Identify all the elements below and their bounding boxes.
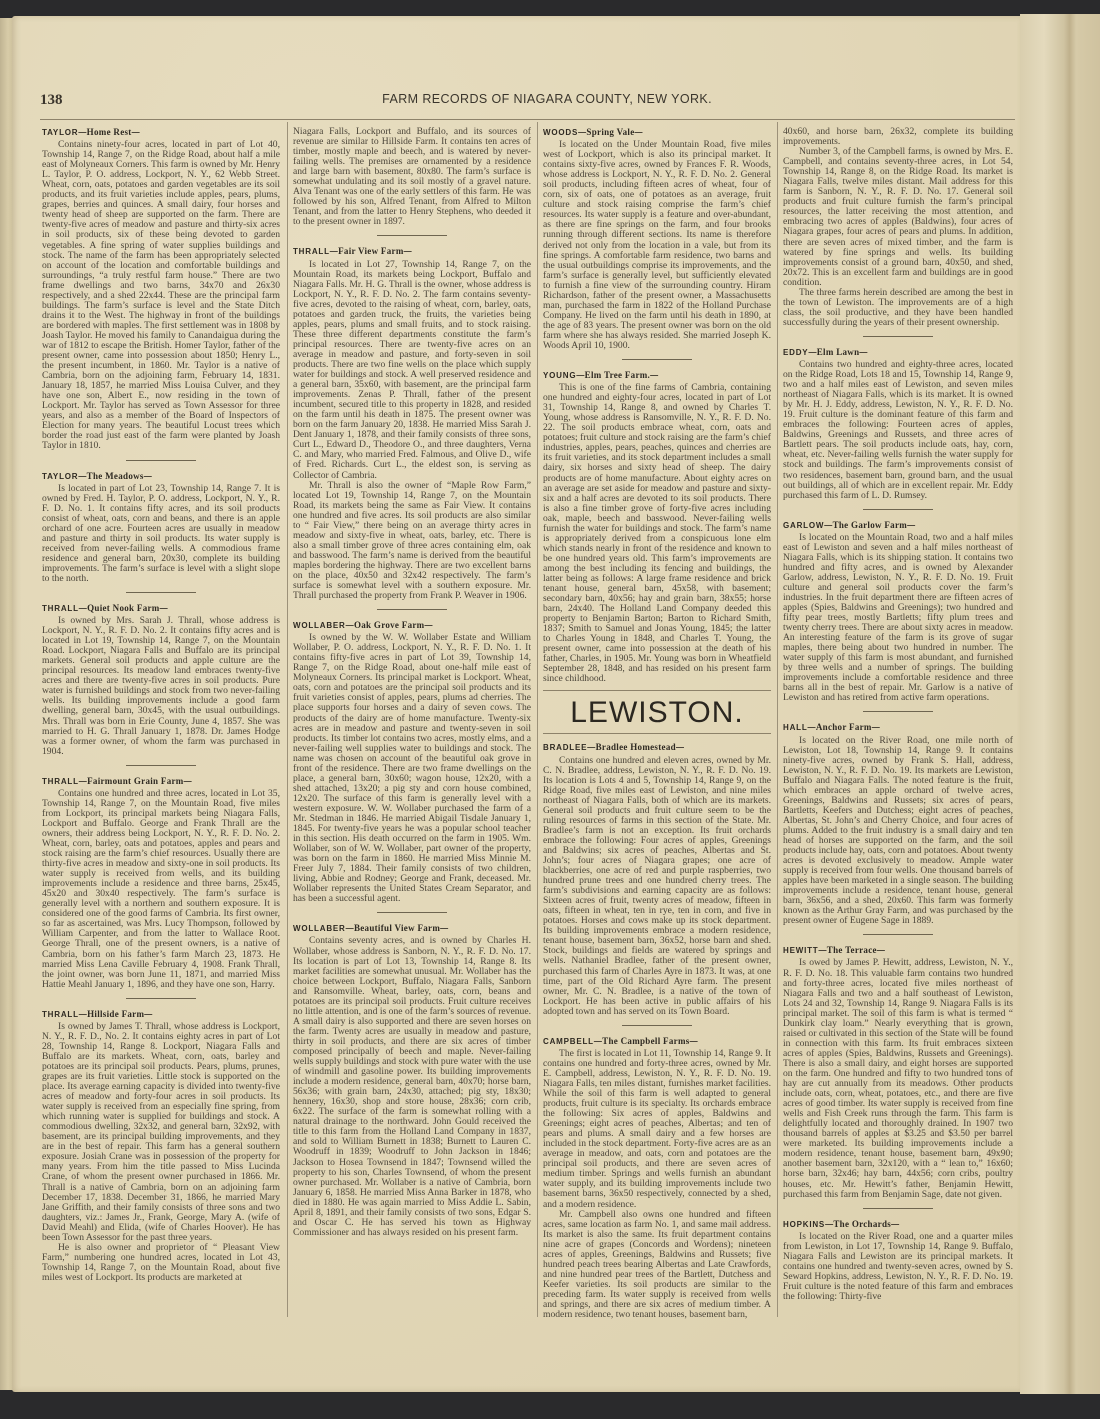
- section-separator: [622, 359, 692, 360]
- owner-surname: TAYLOR: [42, 128, 78, 137]
- body-paragraph: Is located on the Mountain Road, two and…: [783, 533, 1013, 704]
- body-paragraph: Niagara Falls, Lockport and Buffalo, and…: [293, 127, 531, 227]
- entry-heading: BRADLEE—Bradlee Homestead—: [543, 742, 771, 753]
- section-separator: [126, 592, 196, 593]
- text-column-2: Niagara Falls, Lockport and Buffalo, and…: [293, 127, 531, 1242]
- farm-entry: WOLLABER—Oak Grove Farm—Is owned by the …: [293, 620, 531, 904]
- farm-entry: EDDY—Elm Lawn—Contains two hundred and e…: [783, 347, 1013, 501]
- body-paragraph: Mr. Thrall is also the owner of “Maple R…: [293, 481, 531, 602]
- entry-heading: THRALL—Quiet Nook Farm—: [42, 603, 280, 614]
- dash: —: [160, 604, 168, 613]
- entry-heading: EDDY—Elm Lawn—: [783, 347, 1013, 358]
- entry-heading: HEWITT—The Terrace—: [783, 945, 1013, 956]
- farm-name: The Terrace: [827, 945, 877, 955]
- body-paragraph: Is owed by James P. Hewitt, address, Lew…: [783, 958, 1013, 1199]
- farm-name: Fair View Farm: [338, 246, 404, 256]
- page-title: FARM RECORDS OF NIAGARA COUNTY, NEW YORK…: [40, 92, 712, 106]
- owner-surname: CAMPBELL: [543, 1037, 594, 1046]
- owner-surname: EDDY: [783, 348, 808, 357]
- body-paragraph: Is located in Lot 27, Township 14, Range…: [293, 260, 531, 481]
- farm-name: Oak Grove Farm: [354, 620, 425, 630]
- dash: —: [132, 128, 140, 137]
- owner-surname: HEWITT: [783, 946, 818, 955]
- book-binding: [1020, 14, 1100, 1394]
- owner-surname: THRALL: [293, 247, 330, 256]
- owner-surname: HOPKINS: [783, 1220, 825, 1229]
- farm-name: Elm Tree Farm.: [585, 370, 650, 380]
- farm-entry: YOUNG—Elm Tree Farm.—This is one of the …: [543, 370, 771, 684]
- dash: —: [79, 1010, 87, 1019]
- owner-surname: TAYLOR: [42, 472, 78, 481]
- section-separator: [622, 1025, 692, 1026]
- body-paragraph: Contains ninety-four acres, located in p…: [42, 140, 280, 451]
- section-separator: [377, 912, 447, 913]
- section-separator: [863, 934, 933, 935]
- section-separator: [863, 1208, 933, 1209]
- body-paragraph: Is owned by the W. W. Wollaber Estate an…: [293, 633, 531, 904]
- dash: —: [808, 348, 816, 357]
- dash: —: [818, 946, 826, 955]
- farm-entry: TAYLOR—Home Rest—Contains ninety-four ac…: [42, 127, 280, 452]
- farm-name: Beautiful View Farm: [354, 923, 440, 933]
- dash: —: [587, 743, 595, 752]
- dash: —: [859, 348, 867, 357]
- dash: —: [78, 472, 86, 481]
- farm-entry: THRALL—Quiet Nook Farm—Is owned by Mrs. …: [42, 603, 280, 757]
- section-separator: [126, 460, 196, 461]
- dash: —: [346, 621, 354, 630]
- entry-heading: GARLOW—The Garlow Farm—: [783, 520, 1013, 531]
- section-separator: [377, 235, 447, 236]
- body-paragraph: Is located on the River Road, one mile n…: [783, 736, 1013, 927]
- dash: —: [594, 1037, 602, 1046]
- entry-heading: HOPKINS—The Orchards—: [783, 1219, 1013, 1230]
- entry-heading: YOUNG—Elm Tree Farm.—: [543, 370, 771, 381]
- body-paragraph: Contains two hundred and eighty-three ac…: [783, 360, 1013, 501]
- body-paragraph: Is owned by James T. Thrall, whose addre…: [42, 1022, 280, 1243]
- section-separator: [126, 765, 196, 766]
- farm-name: The Garlow Farm: [833, 520, 908, 530]
- dash: —: [440, 924, 448, 933]
- farm-name: Anchor Farm: [816, 722, 872, 732]
- dash: —: [576, 371, 584, 380]
- farm-entry: THRALL—Hillside Farm—Is owned by James T…: [42, 1009, 280, 1283]
- owner-surname: YOUNG: [543, 371, 576, 380]
- section-separator: [863, 509, 933, 510]
- dash: —: [346, 924, 354, 933]
- farm-entry: BRADLEE—Bradlee Homestead—Contains one h…: [543, 742, 771, 1016]
- farm-name: Bradlee Homestead: [596, 742, 676, 752]
- continued-text: Niagara Falls, Lockport and Buffalo, and…: [293, 127, 531, 227]
- section-separator: [863, 711, 933, 712]
- dash: —: [872, 723, 880, 732]
- body-paragraph: This is one of the fine farms of Cambria…: [543, 383, 771, 684]
- entry-heading: TAYLOR—The Meadows—: [42, 471, 280, 482]
- entry-heading: THRALL—Fair View Farm—: [293, 246, 531, 257]
- dash: —: [676, 743, 684, 752]
- farm-name: Home Rest: [87, 127, 132, 137]
- farm-entry: THRALL—Fairmount Grain Farm—Contains one…: [42, 776, 280, 990]
- owner-surname: HALL: [783, 723, 808, 732]
- text-column-3: WOODS—Spring Vale—Is located on the Unde…: [543, 127, 771, 1324]
- dash: —: [78, 128, 86, 137]
- body-paragraph: Number 3, of the Campbell farms, is owne…: [783, 147, 1013, 288]
- farm-name: Spring Vale: [586, 127, 634, 137]
- farm-entry: THRALL—Fair View Farm—Is located in Lot …: [293, 246, 531, 601]
- body-paragraph: The three farms herein described are amo…: [783, 288, 1013, 328]
- entry-heading: WOODS—Spring Vale—: [543, 127, 771, 138]
- body-paragraph: Is located on the River Road, one and a …: [783, 1232, 1013, 1302]
- section-separator: [126, 998, 196, 999]
- body-paragraph: Is owned by Mrs. Sarah J. Thrall, whose …: [42, 616, 280, 757]
- dash: —: [877, 946, 885, 955]
- owner-surname: WOLLABER: [293, 924, 346, 933]
- dash: —: [144, 1010, 152, 1019]
- body-paragraph: Contains one hundred and three acres, lo…: [42, 789, 280, 990]
- farm-name: Elm Lawn: [817, 347, 860, 357]
- farm-entry: WOLLABER—Beautiful View Farm—Contains se…: [293, 923, 531, 1237]
- farm-name: The Campbell Farms: [602, 1036, 689, 1046]
- owner-surname: THRALL: [42, 777, 79, 786]
- dash: —: [690, 1037, 698, 1046]
- owner-surname: WOLLABER: [293, 621, 346, 630]
- dash: —: [907, 521, 915, 530]
- entry-heading: THRALL—Hillside Farm—: [42, 1009, 280, 1020]
- body-paragraph: Contains seventy acres, and is owned by …: [293, 936, 531, 1237]
- continued-text: 40x60, and horse barn, 26x32, complete i…: [783, 127, 1013, 328]
- farm-name: The Orchards: [833, 1219, 891, 1229]
- dash: —: [424, 621, 432, 630]
- dash: —: [184, 777, 192, 786]
- dash: —: [808, 723, 816, 732]
- column-rule: [777, 122, 778, 1317]
- owner-surname: THRALL: [42, 1010, 79, 1019]
- dash: —: [79, 777, 87, 786]
- body-paragraph: He is also owner and proprietor of “ Ple…: [42, 1243, 280, 1283]
- section-separator: [863, 336, 933, 337]
- running-head: 138 FARM RECORDS OF NIAGARA COUNTY, NEW …: [40, 88, 712, 112]
- farm-name: Hillside Farm: [87, 1009, 144, 1019]
- owner-surname: GARLOW: [783, 521, 824, 530]
- body-paragraph: Contains one hundred and eleven acres, o…: [543, 756, 771, 1017]
- section-separator: [377, 609, 447, 610]
- owner-surname: BRADLEE: [543, 743, 587, 752]
- entry-heading: TAYLOR—Home Rest—: [42, 127, 280, 138]
- farm-entry: HOPKINS—The Orchards—Is located on the R…: [783, 1219, 1013, 1302]
- dash: —: [144, 472, 152, 481]
- column-rule: [287, 122, 288, 1317]
- entry-heading: THRALL—Fairmount Grain Farm—: [42, 776, 280, 787]
- entry-heading: CAMPBELL—The Campbell Farms—: [543, 1036, 771, 1047]
- owner-surname: THRALL: [42, 604, 79, 613]
- farm-name: Quiet Nook Farm: [87, 603, 160, 613]
- body-paragraph: Is located in part of Lot 23, Township 1…: [42, 484, 280, 584]
- farm-entry: HEWITT—The Terrace—Is owed by James P. H…: [783, 945, 1013, 1199]
- body-paragraph: Is located on the Under Mountain Road, f…: [543, 140, 771, 351]
- dash: —: [891, 1220, 899, 1229]
- body-paragraph: 40x60, and horse barn, 26x32, complete i…: [783, 127, 1013, 147]
- owner-surname: WOODS: [543, 128, 578, 137]
- farm-entry: CAMPBELL—The Campbell Farms—The first is…: [543, 1036, 771, 1320]
- body-paragraph: The first is located in Lot 11, Township…: [543, 1049, 771, 1210]
- entry-heading: WOLLABER—Beautiful View Farm—: [293, 923, 531, 934]
- header-rule: [40, 119, 1015, 120]
- farm-name: Fairmount Grain Farm: [87, 776, 184, 786]
- dash: —: [79, 604, 87, 613]
- entry-heading: WOLLABER—Oak Grove Farm—: [293, 620, 531, 631]
- farm-name: The Meadows: [87, 471, 144, 481]
- dash: —: [650, 371, 658, 380]
- dash: —: [824, 521, 832, 530]
- farm-entry: HALL—Anchor Farm—Is located on the River…: [783, 722, 1013, 926]
- body-paragraph: Mr. Campbell also owns one hundred and f…: [543, 1210, 771, 1321]
- farm-entry: WOODS—Spring Vale—Is located on the Unde…: [543, 127, 771, 351]
- text-column-1: TAYLOR—Home Rest—Contains ninety-four ac…: [42, 127, 280, 1287]
- entry-heading: HALL—Anchor Farm—: [783, 722, 1013, 733]
- dash: —: [404, 247, 412, 256]
- text-column-4: 40x60, and horse barn, 26x32, complete i…: [783, 127, 1013, 1306]
- town-heading: LEWISTON.: [543, 690, 771, 734]
- column-rule: [537, 122, 538, 1317]
- farm-entry: GARLOW—The Garlow Farm—Is located on the…: [783, 520, 1013, 704]
- dash: —: [635, 128, 643, 137]
- farm-entry: TAYLOR—The Meadows—Is located in part of…: [42, 471, 280, 585]
- dash: —: [330, 247, 338, 256]
